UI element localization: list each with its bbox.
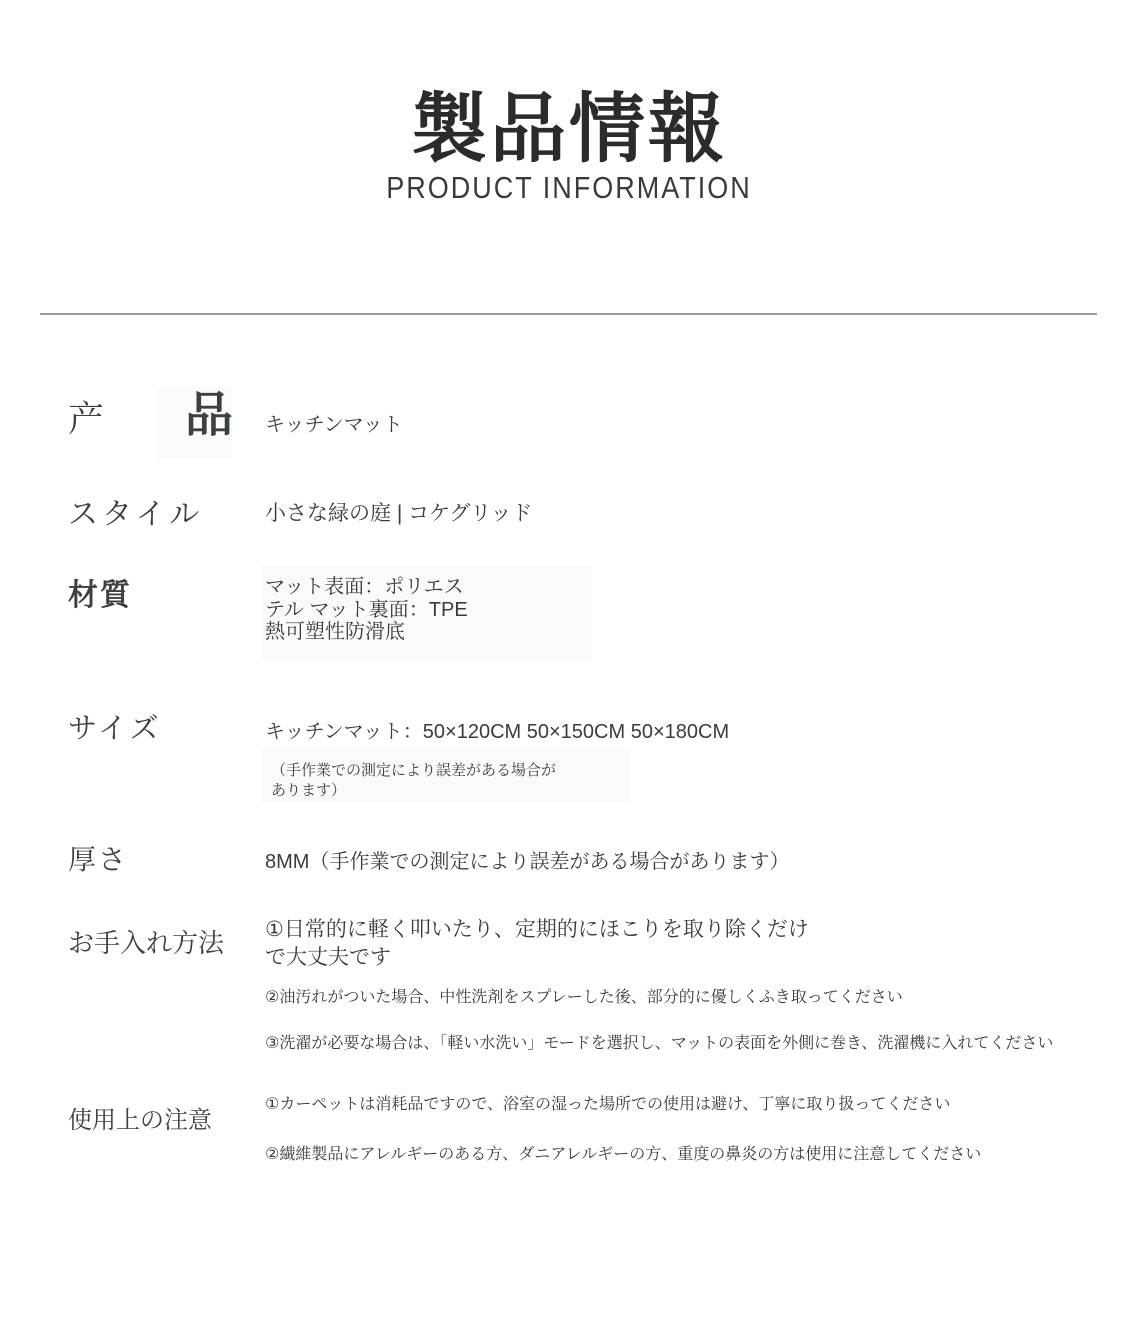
page-subtitle: PRODUCT INFORMATION — [0, 171, 1138, 206]
spec-value-size: キッチンマット：50×120CM 50×150CM 50×180CM （手作業で… — [265, 706, 1080, 801]
precaution-2: ②繊維製品にアレルギーのある方、ダニアレルギーの方、重度の鼻炎の方は使用に注意し… — [265, 1145, 1080, 1165]
care-instruction-3: ③洗濯が必要な場合は、「軽い水洗い」モードを選択し、マットの表面を外側に巻き、洗… — [265, 1034, 1080, 1054]
spec-label-style: スタイル — [68, 489, 265, 533]
product-label-char-1: 产 — [68, 396, 104, 443]
spec-row-style: スタイル 小さな緑の庭 | コケグリッド — [68, 489, 1080, 533]
spec-row-product: 产 品 キッチンマット — [68, 390, 1080, 443]
page-header: 製品情報 PRODUCT INFORMATION — [0, 82, 1138, 204]
spec-value-thickness: 8MM（手作業での測定により誤差がある場合があります） — [265, 838, 1080, 874]
spec-label-product: 产 品 — [68, 390, 233, 443]
care-instruction-2: ②油汚れがついた場合、中性洗剤をスプレーした後、部分的に優しくふき取ってください — [265, 988, 1080, 1008]
spec-label-size: サイズ — [68, 706, 265, 747]
product-label-char-2: 品 — [185, 390, 233, 443]
header-divider — [40, 313, 1097, 315]
spec-label-material: 材質 — [68, 570, 265, 614]
spec-value-style: 小さな緑の庭 | コケグリッド — [265, 489, 1080, 527]
spec-row-precautions: 使用上の注意 ①カーペットは消耗品ですので、浴室の湿った場所での使用は避け、丁寧… — [68, 1095, 1080, 1165]
precaution-1: ①カーペットは消耗品ですので、浴室の湿った場所での使用は避け、丁寧に取り扱ってく… — [265, 1095, 1080, 1115]
spec-value-product: キッチンマット — [265, 390, 1080, 437]
spec-row-size: サイズ キッチンマット：50×120CM 50×150CM 50×180CM （… — [68, 706, 1080, 801]
care-instruction-1: ①日常的に軽く叩いたり、定期的にほこりを取り除くだけ で大丈夫です — [265, 916, 1080, 972]
spec-value-material: マット表面：ポリエス テル マット裏面：TPE 熱可塑性防滑底 — [265, 570, 1080, 644]
spec-value-precautions: ①カーペットは消耗品ですので、浴室の湿った場所での使用は避け、丁寧に取り扱ってく… — [265, 1095, 1080, 1165]
spec-row-material: 材質 マット表面：ポリエス テル マット裏面：TPE 熱可塑性防滑底 — [68, 570, 1080, 644]
spec-label-thickness: 厚さ — [68, 838, 265, 878]
spec-label-precautions: 使用上の注意 — [68, 1095, 265, 1135]
size-value-note: （手作業での測定により誤差がある場合が あります） — [265, 761, 1080, 801]
spec-label-care: お手入れ方法 — [68, 916, 265, 960]
size-value-main: キッチンマット：50×120CM 50×150CM 50×180CM — [265, 715, 1080, 744]
product-information-page: 製品情報 PRODUCT INFORMATION 产 品 キッチンマット スタイ… — [0, 0, 1138, 1329]
spec-row-thickness: 厚さ 8MM（手作業での測定により誤差がある場合があります） — [68, 838, 1080, 878]
spec-value-care: ①日常的に軽く叩いたり、定期的にほこりを取り除くだけ で大丈夫です ②油汚れがつ… — [265, 916, 1080, 1054]
spec-row-care: お手入れ方法 ①日常的に軽く叩いたり、定期的にほこりを取り除くだけ で大丈夫です… — [68, 916, 1080, 1054]
page-title: 製品情報 — [0, 82, 1138, 177]
